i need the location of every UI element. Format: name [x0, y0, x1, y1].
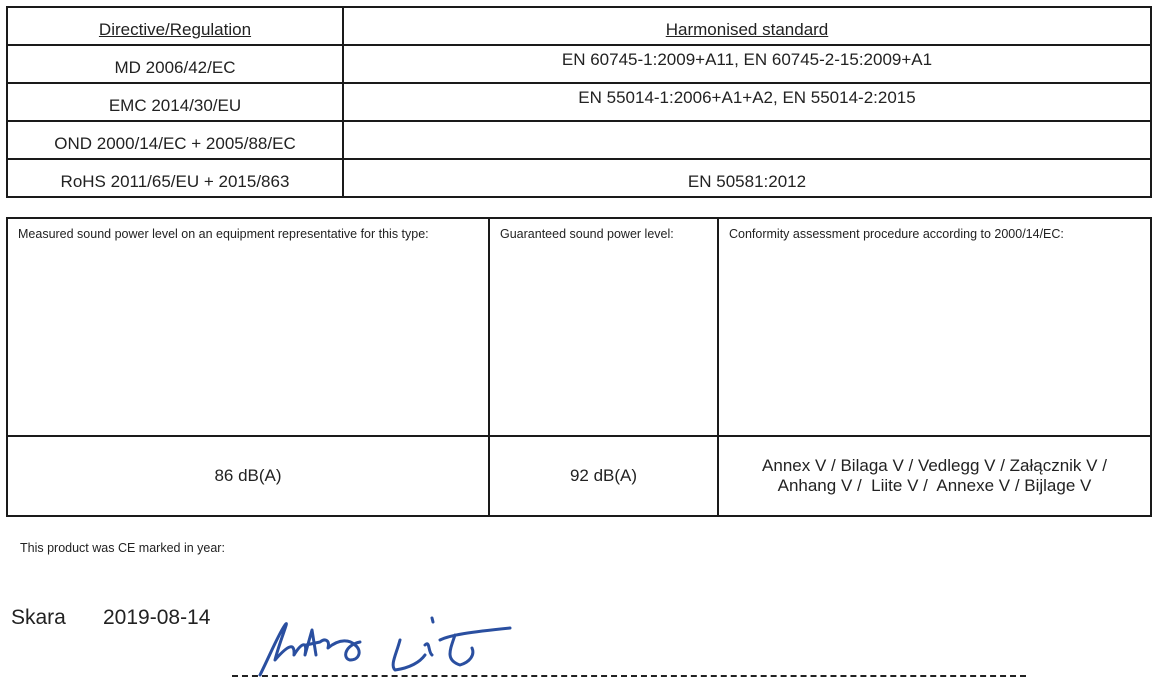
header-directive: Directive/Regulation: [7, 7, 343, 45]
signing-place: Skara: [11, 606, 66, 630]
standards-table: Directive/Regulation Harmonised standard…: [6, 6, 1152, 198]
header-directive-label: Directive/Regulation: [99, 20, 251, 39]
table-row: MD 2006/42/EC EN 60745-1:2009+A11, EN 60…: [7, 45, 1151, 83]
procedure-value: Annex V / Bilaga V / Vedlegg V / Załączn…: [718, 436, 1151, 516]
signature-image: [250, 600, 520, 680]
directive-cell: MD 2006/42/EC: [7, 45, 343, 83]
standard-cell: [343, 121, 1151, 159]
signing-date: 2019-08-14: [103, 606, 210, 630]
signature-line: [232, 675, 1026, 677]
procedure-line-1: Annex V / Bilaga V / Vedlegg V / Załączn…: [719, 456, 1150, 476]
sound-level-table: Measured sound power level on an equipme…: [6, 217, 1152, 517]
procedure-line-2: Anhang V / Liite V / Annexe V / Bijlage …: [719, 476, 1150, 496]
ce-marked-label: This product was CE marked in year:: [20, 541, 225, 555]
measured-value: 86 dB(A): [7, 436, 489, 516]
directive-cell: EMC 2014/30/EU: [7, 83, 343, 121]
procedure-label: Conformity assessment procedure accordin…: [718, 218, 1151, 436]
standard-cell: EN 55014-1:2006+A1+A2, EN 55014-2:2015: [343, 83, 1151, 121]
table-row: EMC 2014/30/EU EN 55014-1:2006+A1+A2, EN…: [7, 83, 1151, 121]
header-standard: Harmonised standard: [343, 7, 1151, 45]
measured-label: Measured sound power level on an equipme…: [7, 218, 489, 436]
standard-cell: EN 60745-1:2009+A11, EN 60745-2-15:2009+…: [343, 45, 1151, 83]
standard-cell: EN 50581:2012: [343, 159, 1151, 197]
table-row: RoHS 2011/65/EU + 2015/863 EN 50581:2012: [7, 159, 1151, 197]
guaranteed-value: 92 dB(A): [489, 436, 718, 516]
header-standard-label: Harmonised standard: [666, 20, 829, 39]
directive-cell: RoHS 2011/65/EU + 2015/863: [7, 159, 343, 197]
directive-cell: OND 2000/14/EC + 2005/88/EC: [7, 121, 343, 159]
table-row: OND 2000/14/EC + 2005/88/EC: [7, 121, 1151, 159]
guaranteed-label: Guaranteed sound power level:: [489, 218, 718, 436]
